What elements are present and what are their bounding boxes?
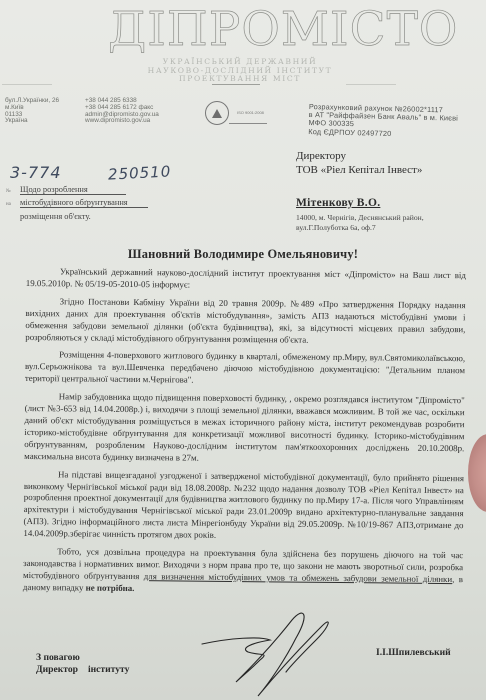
- subject-line: Щодо розроблення: [20, 185, 126, 195]
- ref-prefix: на: [6, 199, 20, 210]
- iso-underline: [229, 123, 267, 124]
- paragraph: На підставі вищезгаданої узгодженої і за…: [23, 469, 464, 545]
- bank-details: Розрахунковий рахунок №26002*1117 в АТ "…: [308, 103, 458, 139]
- signer-title-part: Директор: [36, 664, 78, 675]
- greeting: Шановний Володимире Омельяновичу!: [0, 247, 486, 262]
- website-line: www.dipromisto.gov.ua: [85, 118, 159, 125]
- address-line: вул.Г.Полуботка 6а, оф.7: [296, 223, 424, 233]
- recipient-name: Мітенкову В.О.: [296, 197, 380, 209]
- paragraph: Український державний науково-дослідний …: [26, 266, 466, 294]
- letterhead-subtitle: Український державний науково-дослідний …: [120, 58, 360, 84]
- bold-text: не потрібна.: [86, 582, 135, 592]
- handwritten-reg-date: 250510: [108, 162, 172, 183]
- addressee-title: Директору: [296, 150, 422, 164]
- paragraph: Розміщення 4-поверхового житлового будин…: [25, 349, 465, 389]
- handwritten-signature-icon: [200, 608, 350, 700]
- ref-prefix: №: [6, 186, 20, 197]
- subject-line: містобудівного обґрунтування: [20, 198, 148, 208]
- paragraph: Згідно Постанови Кабміну України від 20 …: [25, 296, 465, 348]
- underlined-text: для визначення містобудівних умов та обм…: [144, 571, 452, 584]
- addressee-block: Директору ТОВ «Ріел Кепітал Інвест»: [296, 150, 422, 177]
- header-divider-right: [346, 84, 396, 85]
- paragraph: Намір забудовника щодо підвищення поверх…: [24, 391, 465, 467]
- finger-edge: [468, 434, 486, 512]
- paragraph: Тобто, уся дозвільна процедура на проект…: [23, 546, 463, 598]
- signer-title: Директорінституту: [36, 664, 129, 676]
- iso-label: ISO 9001:2008: [237, 110, 264, 115]
- closing: З повагою: [36, 652, 129, 664]
- address-line: Україна: [5, 118, 59, 125]
- handwritten-reg-number: 3-774: [10, 163, 62, 182]
- subject-line: розміщення об'єкту.: [6, 211, 148, 222]
- addressee-company: ТОВ «Ріел Кепітал Інвест»: [296, 164, 422, 178]
- iso-certification-seal-icon: [205, 101, 229, 125]
- subject-block: №Щодо розроблення намістобудівного обґру…: [6, 184, 148, 222]
- institute-address: бул.Л.Українки, 26 м.Київ 01133 Україна: [5, 98, 59, 125]
- address-line: 14000, м. Чернігів, Деснянський район,: [296, 213, 424, 223]
- closing-block: З повагою Директорінституту: [36, 652, 129, 676]
- header-divider-left: [2, 84, 52, 85]
- signer-title-part: інституту: [88, 664, 129, 675]
- subtitle-line: проектування міст: [120, 75, 360, 84]
- signer-name: І.І.Шпилевський: [376, 647, 451, 658]
- institute-contacts: +38 044 285 6338 +38 044 285 6172 факс a…: [85, 98, 159, 125]
- letter-body: Український державний науково-дослідний …: [23, 266, 466, 604]
- letterhead-logo: ДІПРОМІСТО: [108, 6, 378, 53]
- recipient-address: 14000, м. Чернігів, Деснянський район, в…: [296, 213, 424, 232]
- letterhead-rule: [212, 84, 260, 85]
